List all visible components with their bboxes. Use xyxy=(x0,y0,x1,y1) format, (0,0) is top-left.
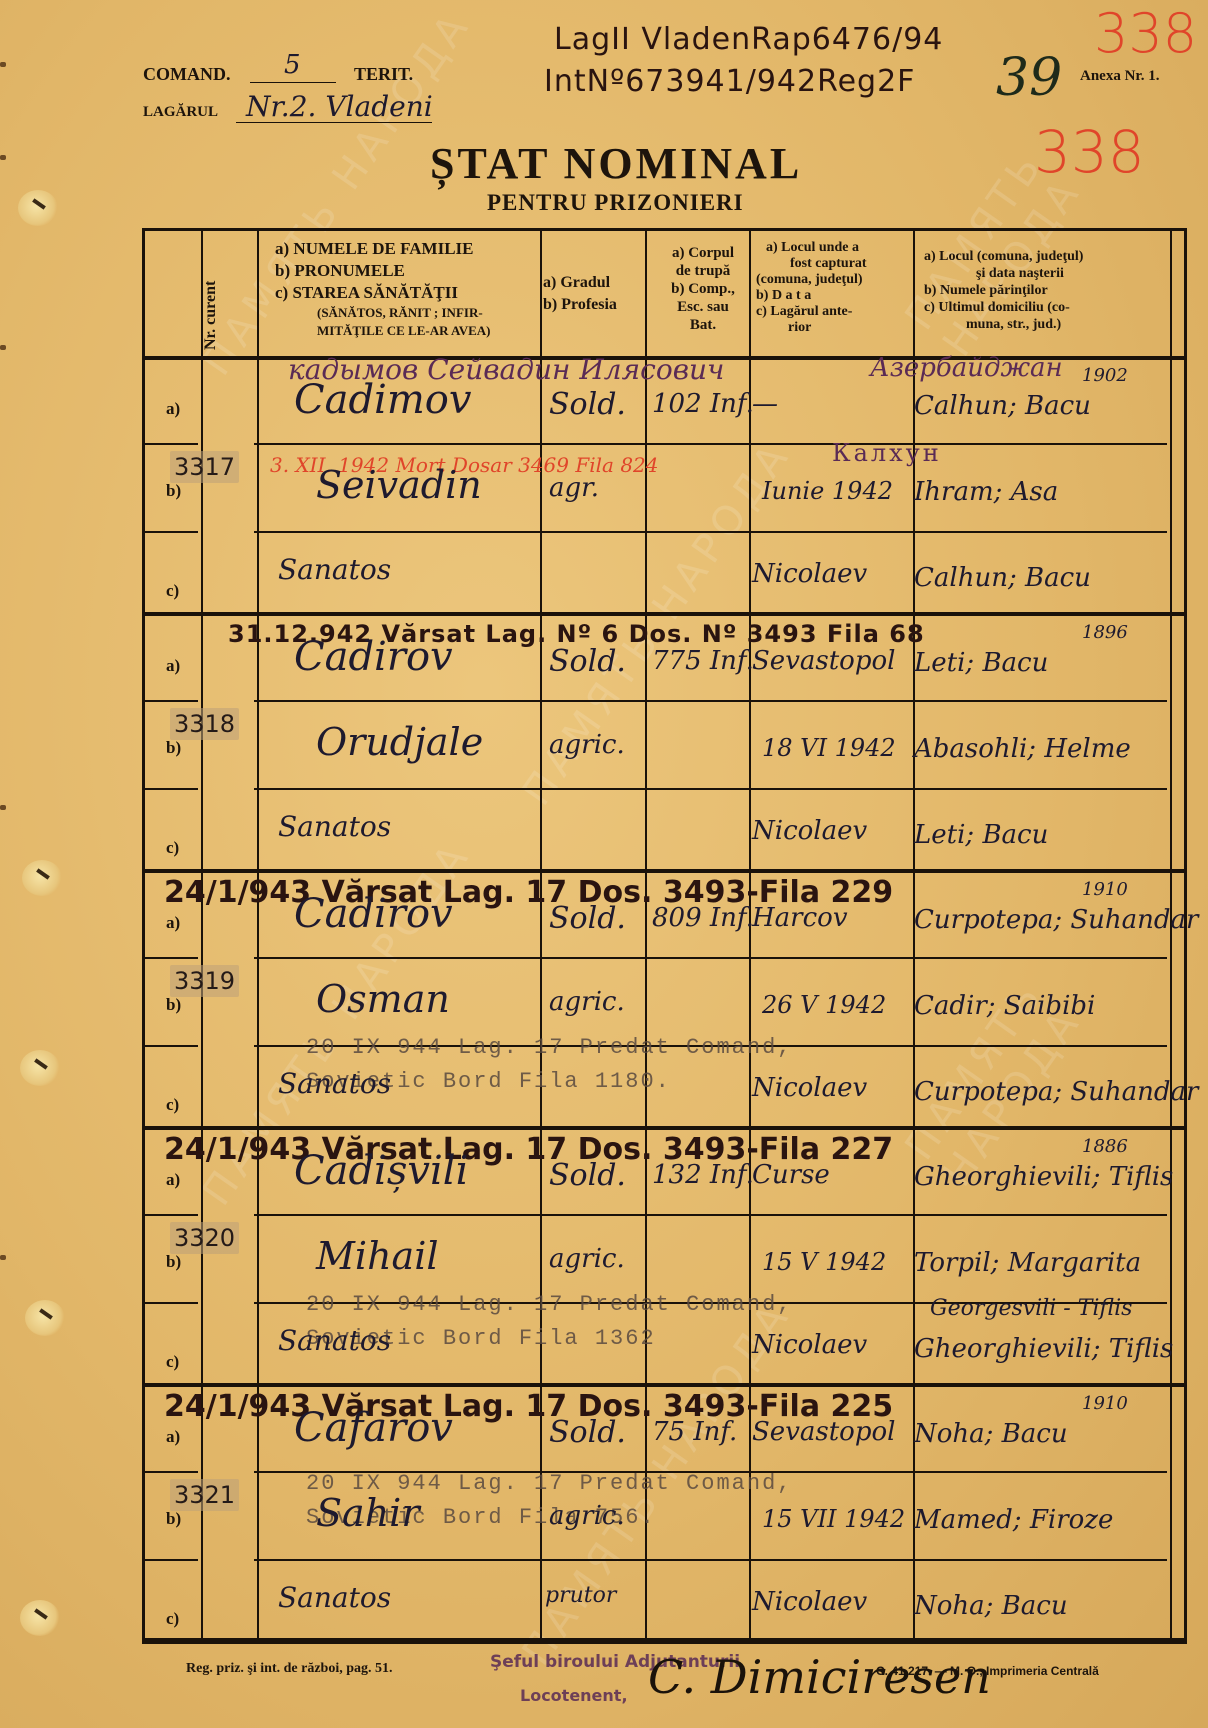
punch-hole xyxy=(20,1050,60,1086)
row-label: b) xyxy=(166,738,181,758)
header-name-column: a) NUMELE DE FAMILIE b) PRONUMELE c) STA… xyxy=(275,238,474,340)
lagarul-value: Nr.2. Vladeni xyxy=(246,90,433,123)
rank: Sold. xyxy=(549,1415,626,1450)
previous-camp: Nicolaev xyxy=(752,1073,867,1103)
rank: Sold. xyxy=(549,1158,626,1193)
health-status: Sanatos xyxy=(278,1067,391,1100)
folio-number-red: 338 xyxy=(1034,118,1145,186)
row-label: a) xyxy=(166,1427,180,1447)
military-unit: 132 Inf. xyxy=(652,1160,754,1190)
footer-reference: Reg. priz. şi int. de război, pag. 51. xyxy=(186,1661,393,1677)
row-label: c) xyxy=(166,1095,179,1115)
capture-date: 15 V 1942 xyxy=(762,1248,886,1276)
record-number: 3320 xyxy=(170,1222,239,1254)
punch-hole xyxy=(25,1300,65,1336)
last-domicile: Gheorghievili; Tiflis xyxy=(914,1334,1173,1364)
domicile-correction: Georgesvili - Tiflis xyxy=(930,1296,1132,1321)
header-capture-column: a) Locul unde a fost capturat (comuna, j… xyxy=(756,240,914,336)
surname: Cadirov xyxy=(294,634,453,680)
previous-camp: Nicolaev xyxy=(752,559,867,589)
capture-place: Harcov xyxy=(752,903,848,933)
record-divider xyxy=(142,869,1187,873)
record-divider xyxy=(142,1640,1187,1644)
profession: agr. xyxy=(549,473,599,503)
parents-names: Torpil; Margarita xyxy=(914,1248,1141,1278)
capture-date: 15 VII 1942 xyxy=(762,1505,905,1533)
capture-date: Iunie 1942 xyxy=(762,477,893,505)
subrow-divider xyxy=(254,443,1167,445)
row-label: c) xyxy=(166,838,179,858)
terit-label: TERIT. xyxy=(354,64,413,85)
last-domicile: Curpotepa; Suhandar xyxy=(914,1077,1199,1107)
record-divider xyxy=(142,1126,1187,1130)
birth-place: Curpotepa; Suhandar xyxy=(914,905,1199,935)
edge-mark xyxy=(0,345,6,350)
surname: Cadișvili xyxy=(294,1148,468,1194)
given-name: Seivadin xyxy=(316,463,482,507)
given-name: Mihail xyxy=(316,1234,439,1278)
record-number: 3321 xyxy=(170,1479,239,1511)
previous-camp: Nicolaev xyxy=(752,1587,867,1617)
registry-stamp-line2: IntNº673941/942Reg2F xyxy=(544,64,915,99)
military-unit: 809 Inf. xyxy=(652,903,754,933)
given-name: Orudjale xyxy=(316,720,483,764)
row-label: c) xyxy=(166,1352,179,1372)
col-divider xyxy=(201,231,203,1638)
document-title: ȘTAT NOMINAL xyxy=(430,138,802,189)
health-status: Sanatos xyxy=(278,1324,391,1357)
parents-names: Ihram; Asa xyxy=(914,477,1058,507)
subrow-divider xyxy=(144,1302,198,1304)
health-status: Sanatos xyxy=(278,810,391,843)
surname: Cafarov xyxy=(294,1405,453,1451)
profession: agric. xyxy=(549,1244,625,1274)
record-number: 3318 xyxy=(170,708,239,740)
last-domicile: Noha; Bacu xyxy=(914,1591,1068,1621)
military-unit: 102 Inf. xyxy=(652,389,754,419)
last-domicile: Leti; Bacu xyxy=(914,820,1048,850)
capture-date: 18 VI 1942 xyxy=(762,734,896,762)
last-domicile: Calhun; Bacu xyxy=(914,563,1091,593)
subrow-divider xyxy=(144,1045,198,1047)
subrow-divider xyxy=(254,700,1167,702)
subrow-divider xyxy=(254,957,1167,959)
subrow-divider xyxy=(254,531,1167,533)
record-number: 3317 xyxy=(170,451,239,483)
capture-place: — xyxy=(752,389,778,419)
capture-place: Sevastopol xyxy=(752,1417,895,1447)
subrow-divider xyxy=(144,957,198,959)
edge-mark xyxy=(0,155,6,160)
profession: agric. xyxy=(549,1501,625,1531)
row-label: b) xyxy=(166,1509,181,1529)
surname: Cadirov xyxy=(294,891,453,937)
birth-year: 1896 xyxy=(1082,622,1128,643)
subrow-divider xyxy=(144,1471,198,1473)
birth-place: Gheorghievili; Tiflis xyxy=(914,1162,1173,1192)
printer-imprint: C. 41.217. — M. O., Imprimeria Centrală xyxy=(876,1664,1099,1678)
header-rank-column: a) Gradul b) Profesia xyxy=(543,272,617,316)
previous-camp: Nicolaev xyxy=(752,816,867,846)
folio-number-red-top: 338 xyxy=(1094,2,1197,65)
subrow-divider xyxy=(144,1559,198,1561)
row-label: a) xyxy=(166,399,180,419)
lagarul-label: LAGĂRUL xyxy=(143,104,218,121)
row-label: b) xyxy=(166,995,181,1015)
military-unit: 775 Inf. xyxy=(652,646,754,676)
health-status: Sanatos xyxy=(278,553,391,586)
record-divider xyxy=(142,1383,1187,1387)
birth-year: 1902 xyxy=(1082,365,1128,386)
capture-place: Sevastopol xyxy=(752,646,895,676)
birth-place: Calhun; Bacu xyxy=(914,391,1091,421)
comand-underline xyxy=(250,82,336,83)
subrow-divider xyxy=(254,1214,1167,1216)
comand-label: COMAND. xyxy=(143,64,231,85)
profession: agric. xyxy=(549,730,625,760)
capture-date: 26 V 1942 xyxy=(762,991,886,1019)
edge-mark xyxy=(0,62,6,67)
rank: Sold. xyxy=(549,644,626,679)
subrow-divider xyxy=(144,531,198,533)
cyrillic-place-note: Азербайджан xyxy=(870,353,1063,383)
birth-place: Noha; Bacu xyxy=(914,1419,1068,1449)
birth-year: 1910 xyxy=(1082,879,1128,900)
subrow-divider xyxy=(144,1214,198,1216)
annex-label: Anexa Nr. 1. xyxy=(1080,68,1159,85)
record-number: 3319 xyxy=(170,965,239,997)
subrow-divider xyxy=(144,700,198,702)
edge-mark xyxy=(0,805,6,810)
birth-year: 1910 xyxy=(1082,1393,1128,1414)
header-birth-column: a) Locul (comuna, judeţul) şi data naşte… xyxy=(924,248,1083,333)
health-status: Sanatos xyxy=(278,1581,391,1614)
profession-extra: prutor xyxy=(545,1583,616,1608)
comand-value: 5 xyxy=(284,50,301,80)
rank-stamp: Locotenent, xyxy=(520,1686,628,1705)
header-nr-curent: Nr. curent xyxy=(202,281,220,350)
parents-names: Mamed; Firoze xyxy=(914,1505,1113,1535)
surname: Cadimov xyxy=(294,377,471,423)
cyrillic-village-note: Калхун xyxy=(832,439,942,467)
row-label: a) xyxy=(166,1170,180,1190)
previous-camp: Nicolaev xyxy=(752,1330,867,1360)
rank: Sold. xyxy=(549,901,626,936)
edge-mark xyxy=(0,1255,6,1260)
military-unit: 75 Inf. xyxy=(652,1417,737,1447)
record-divider xyxy=(142,612,1187,616)
parents-names: Cadir; Saibibi xyxy=(914,991,1095,1021)
row-label: a) xyxy=(166,656,180,676)
subrow-divider xyxy=(254,788,1167,790)
row-label: b) xyxy=(166,481,181,501)
rank: Sold. xyxy=(549,387,626,422)
subrow-divider xyxy=(144,788,198,790)
header-unit-column: a) Corpul de trupă b) Comp., Esc. sau Ba… xyxy=(654,244,752,334)
birth-place: Leti; Bacu xyxy=(914,648,1048,678)
given-name: Osman xyxy=(316,977,450,1021)
capture-place: Curse xyxy=(752,1160,830,1190)
row-label: a) xyxy=(166,913,180,933)
row-label: b) xyxy=(166,1252,181,1272)
punch-hole xyxy=(22,860,62,896)
registry-stamp-line1: LagII VladenRap6476/94 xyxy=(554,22,943,57)
punch-hole xyxy=(20,1600,60,1636)
row-label: c) xyxy=(166,581,179,601)
birth-year: 1886 xyxy=(1082,1136,1128,1157)
given-name: Sahir xyxy=(316,1491,419,1535)
punch-hole xyxy=(18,190,58,226)
row-label: c) xyxy=(166,1609,179,1629)
document-subtitle: PENTRU PRIZONIERI xyxy=(487,190,744,216)
subrow-divider xyxy=(144,443,198,445)
profession: agric. xyxy=(549,987,625,1017)
subrow-divider xyxy=(254,1559,1167,1561)
folio-number-black: 39 xyxy=(996,48,1062,108)
parents-names: Abasohli; Helme xyxy=(914,734,1131,764)
